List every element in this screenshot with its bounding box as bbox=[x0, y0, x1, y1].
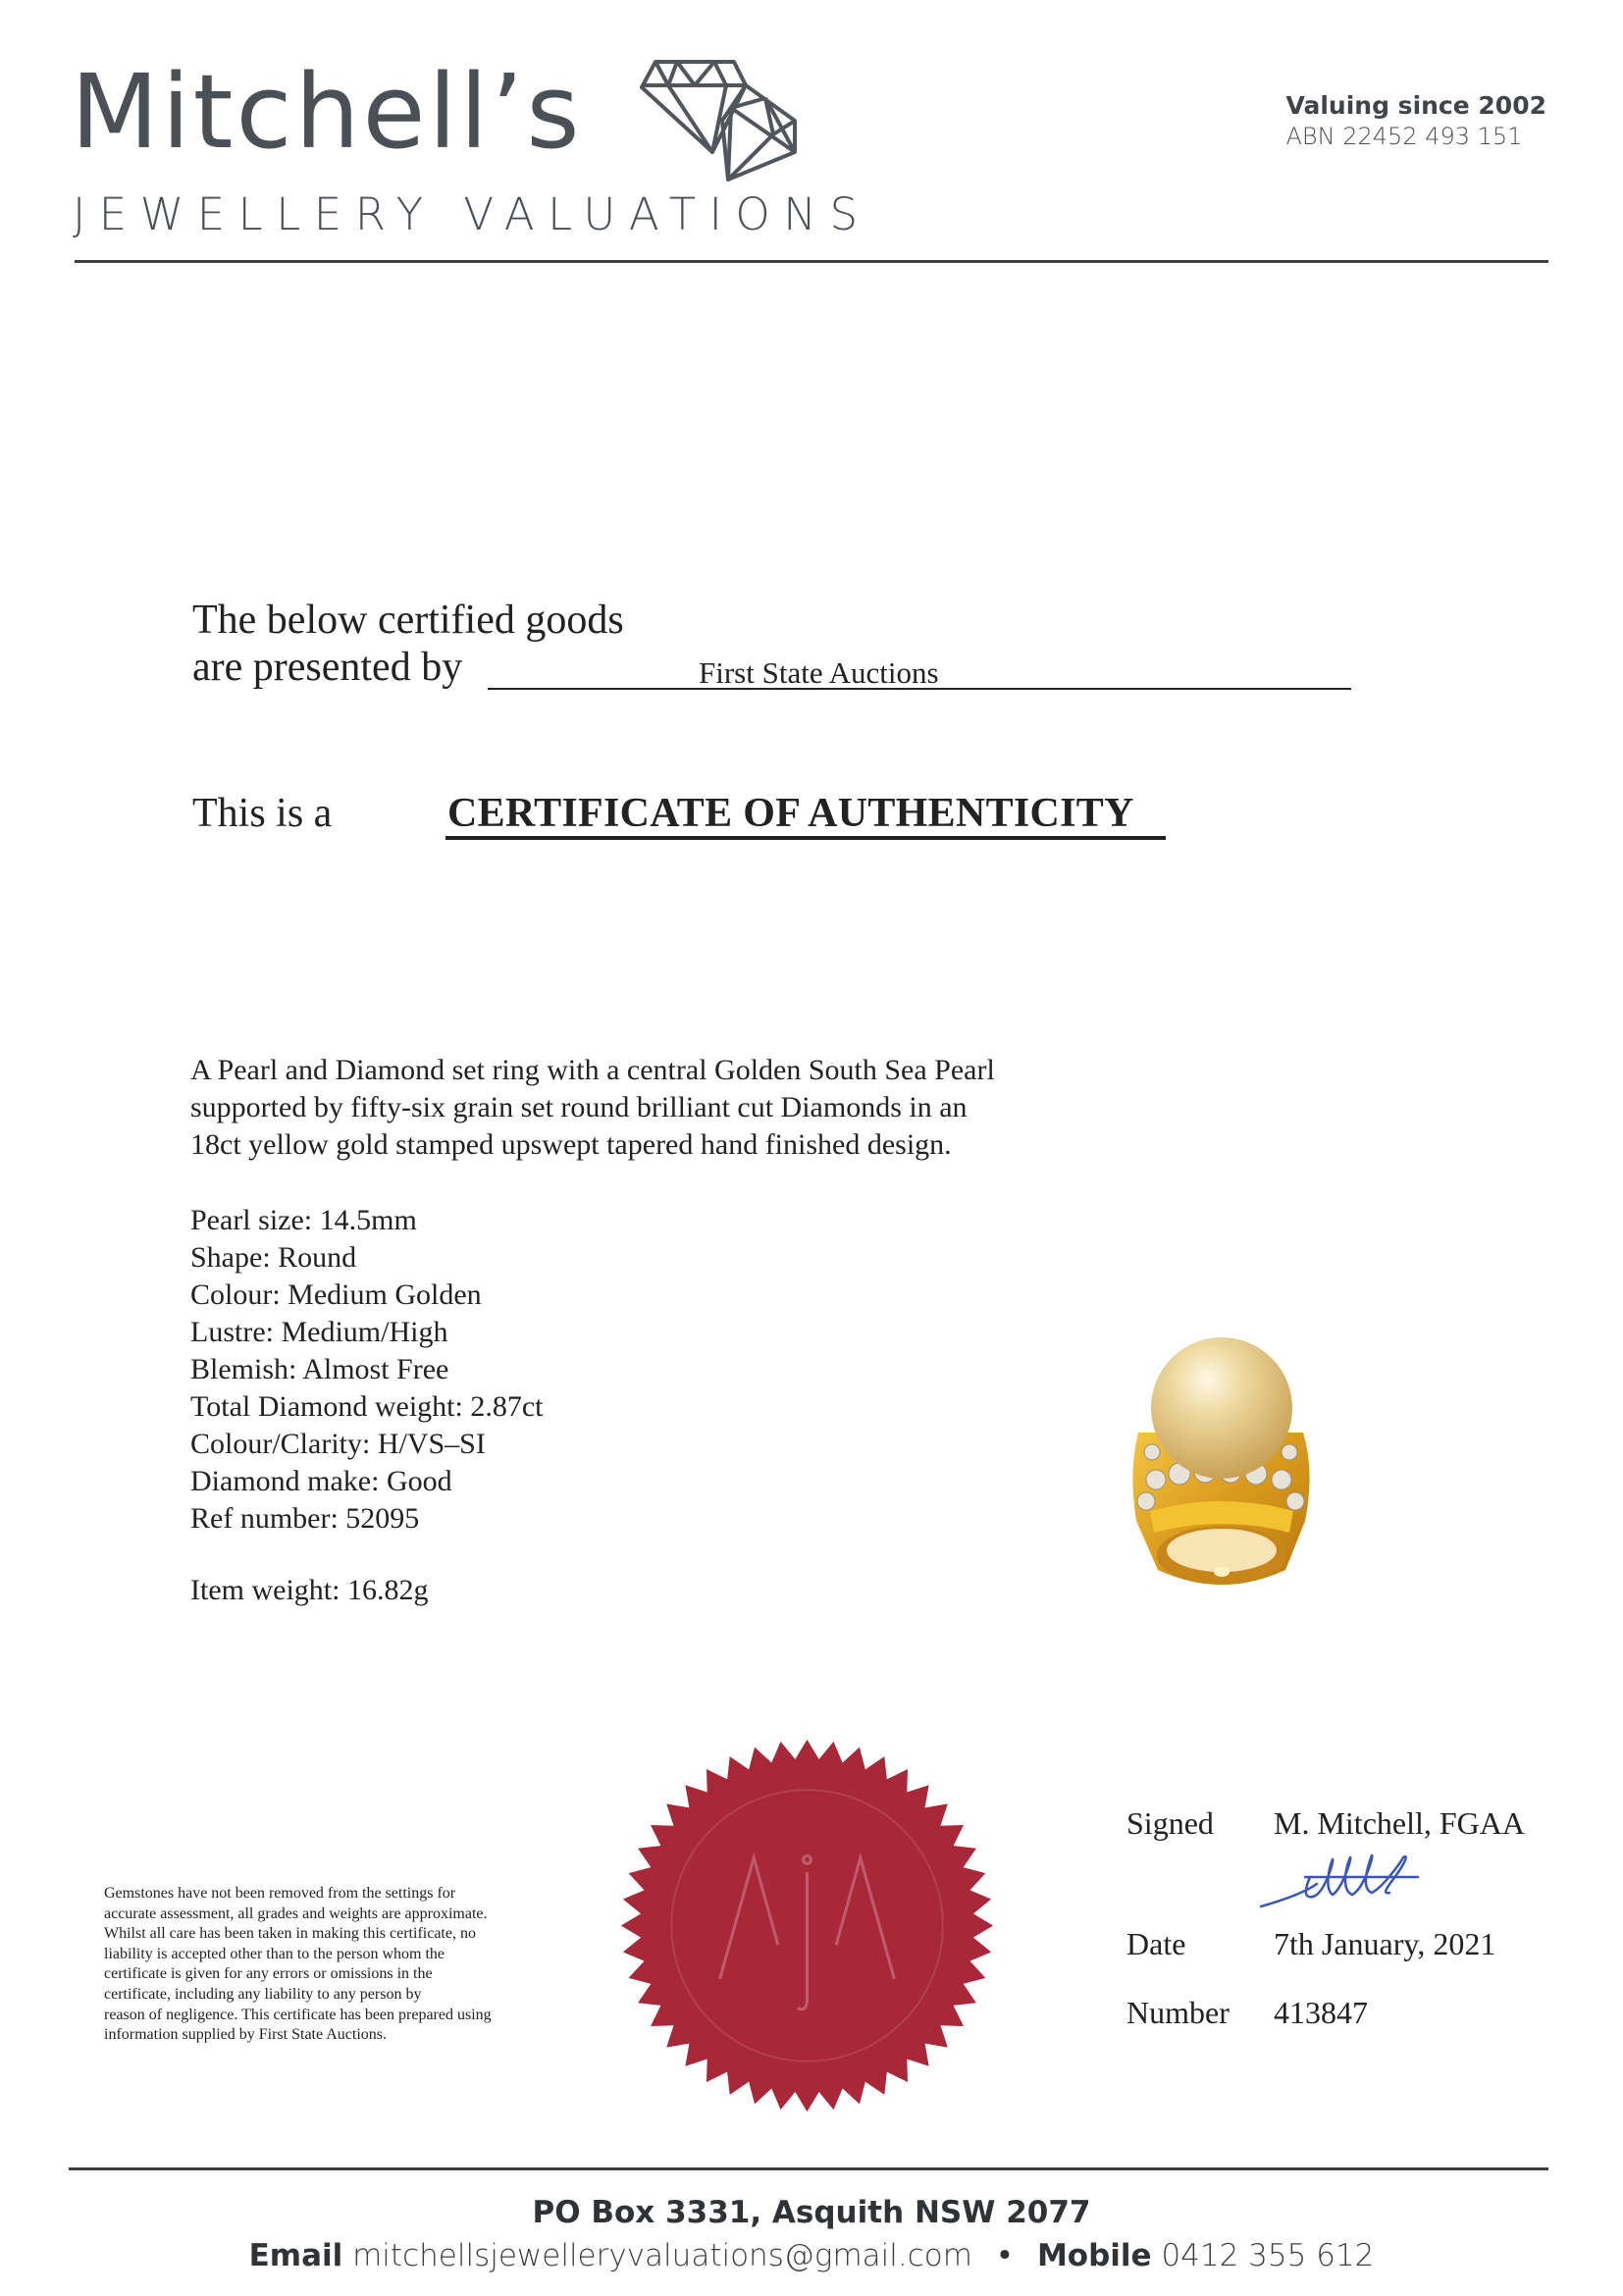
disclaimer-line: certificate is given for any errors or o… bbox=[104, 1964, 585, 1985]
disclaimer-line: liability is accepted other than to the … bbox=[104, 1945, 585, 1965]
mobile-number[interactable]: 0412 355 612 bbox=[1161, 2238, 1374, 2273]
description-line: A Pearl and Diamond set ring with a cent… bbox=[190, 1052, 1132, 1089]
mobile-label: Mobile bbox=[1037, 2238, 1152, 2273]
spec-value: Round bbox=[278, 1241, 356, 1274]
spec-row: Colour: Medium Golden bbox=[190, 1277, 544, 1314]
spec-label: Colour/Clarity: bbox=[190, 1428, 370, 1460]
description-line: 18ct yellow gold stamped upswept tapered… bbox=[190, 1126, 1132, 1164]
date-label: Date bbox=[1126, 1926, 1185, 1962]
disclaimer-line: Whilst all care has been taken in making… bbox=[104, 1924, 585, 1945]
spec-label: Total Diamond weight: bbox=[190, 1390, 463, 1423]
spec-label: Ref number: bbox=[190, 1502, 339, 1535]
item-weight-value: 16.82g bbox=[347, 1574, 429, 1606]
spec-value: 2.87ct bbox=[470, 1390, 543, 1423]
spec-row: Shape: Round bbox=[190, 1239, 544, 1277]
spec-value: 52095 bbox=[345, 1502, 419, 1535]
spec-label: Pearl size: bbox=[190, 1204, 312, 1236]
spec-value: H/VS–SI bbox=[378, 1428, 486, 1460]
certificate-title: CERTIFICATE OF AUTHENTICITY bbox=[447, 790, 1134, 837]
presented-by-statement: The below certified goods are presented … bbox=[192, 597, 624, 691]
brand-name: Mitchell’s bbox=[71, 61, 583, 163]
signed-label: Signed bbox=[1126, 1805, 1214, 1842]
handwritten-signature bbox=[1256, 1850, 1452, 1923]
spec-label: Blemish: bbox=[190, 1353, 296, 1385]
header-divider bbox=[75, 260, 1548, 263]
spec-value: Medium Golden bbox=[288, 1278, 481, 1311]
presented-line-1: The below certified goods bbox=[192, 597, 624, 644]
spec-value: Almost Free bbox=[302, 1353, 448, 1385]
item-description: A Pearl and Diamond set ring with a cent… bbox=[190, 1052, 1132, 1164]
spec-label: Colour: bbox=[190, 1278, 281, 1311]
certificate-intro: This is a bbox=[192, 790, 332, 837]
spec-label: Diamond make: bbox=[190, 1465, 379, 1497]
number-label: Number bbox=[1126, 1995, 1230, 2031]
disclaimer-line: accurate assessment, all grades and weig… bbox=[104, 1905, 585, 1925]
footer-divider bbox=[69, 2167, 1548, 2170]
item-weight-label: Item weight: bbox=[190, 1574, 340, 1606]
spec-row: Blemish: Almost Free bbox=[190, 1351, 544, 1388]
separator-dot: • bbox=[996, 2238, 1014, 2273]
spec-value: Medium/High bbox=[281, 1316, 447, 1348]
spec-row: Lustre: Medium/High bbox=[190, 1314, 544, 1351]
abn: ABN 22452 493 151 bbox=[1286, 122, 1547, 151]
email-label: Email bbox=[249, 2238, 343, 2273]
spec-value: Good bbox=[387, 1465, 452, 1497]
disclaimer-line: certificate, including any liability to … bbox=[104, 1985, 585, 2006]
specifications-list: Pearl size: 14.5mmShape: RoundColour: Me… bbox=[190, 1202, 544, 1538]
presented-line-2: are presented by bbox=[192, 644, 624, 691]
disclaimer-line: information supplied by First State Auct… bbox=[104, 2025, 585, 2046]
presenter-name: First State Auctions bbox=[699, 655, 939, 691]
item-weight: Item weight: 16.82g bbox=[190, 1574, 428, 1607]
spec-row: Diamond make: Good bbox=[190, 1463, 544, 1500]
spec-value: 14.5mm bbox=[320, 1204, 417, 1236]
disclaimer: Gemstones have not been removed from the… bbox=[104, 1884, 585, 2046]
tagline: Valuing since 2002 bbox=[1286, 90, 1547, 122]
company-info: Valuing since 2002 ABN 22452 493 151 bbox=[1286, 90, 1547, 151]
signed-value: M. Mitchell, FGAA bbox=[1274, 1805, 1525, 1842]
disclaimer-line: Gemstones have not been removed from the… bbox=[104, 1884, 585, 1905]
date-value: 7th January, 2021 bbox=[1274, 1926, 1495, 1962]
disclaimer-line: reason of negligence. This certificate h… bbox=[104, 2006, 585, 2026]
spec-label: Lustre: bbox=[190, 1316, 274, 1348]
brand-subtitle: JEWELLERY VALUATIONS bbox=[73, 192, 871, 236]
diamonds-icon bbox=[638, 54, 839, 186]
email-link[interactable]: mitchellsjewelleryvaluations@gmail.com bbox=[352, 2238, 972, 2273]
certificate-title-underline bbox=[445, 836, 1166, 840]
spec-row: Total Diamond weight: 2.87ct bbox=[190, 1388, 544, 1426]
spec-row: Colour/Clarity: H/VS–SI bbox=[190, 1426, 544, 1463]
spec-row: Pearl size: 14.5mm bbox=[190, 1202, 544, 1239]
red-wax-seal-icon bbox=[613, 1732, 1001, 2119]
ring-photo bbox=[1109, 1315, 1335, 1599]
spec-label: Shape: bbox=[190, 1241, 271, 1274]
postal-address: PO Box 3331, Asquith NSW 2077 bbox=[0, 2195, 1623, 2230]
description-line: supported by fifty-six grain set round b… bbox=[190, 1089, 1132, 1126]
number-value: 413847 bbox=[1274, 1995, 1368, 2031]
contact-line: Email mitchellsjewelleryvaluations@gmail… bbox=[0, 2238, 1623, 2273]
spec-row: Ref number: 52095 bbox=[190, 1500, 544, 1538]
